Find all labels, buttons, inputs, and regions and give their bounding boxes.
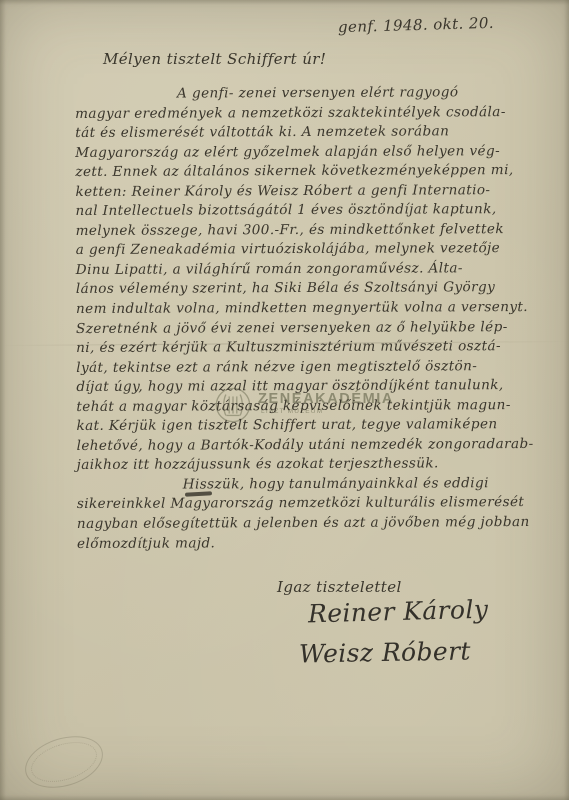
- body-line: díjat úgy, hogy mi azzal itt magyar öszt…: [76, 376, 530, 398]
- body-line: ketten: Reiner Károly és Weisz Róbert a …: [75, 181, 529, 203]
- body-line: lehetővé, hogy a Bartók-Kodály utáni nem…: [77, 435, 531, 457]
- body-line: nagyban elősegítettük a jelenben és azt …: [77, 513, 531, 535]
- letter-page: genf. 1948. okt. 20. Mélyen tisztelt Sch…: [0, 0, 569, 800]
- body-line: nal Intellectuels bizottságától 1 éves ö…: [75, 200, 529, 222]
- body-line: tehát a magyar köztársaság képviselőinek…: [76, 396, 530, 418]
- body-line: a genfi Zeneakadémia virtuóziskolájába, …: [76, 239, 530, 261]
- body-line: zett. Ennek az általános sikernek követk…: [75, 161, 529, 183]
- body-line: Hisszük, hogy tanulmányainkkal és eddigi: [77, 474, 531, 496]
- salutation: Mélyen tisztelt Schiffert úr!: [103, 50, 326, 68]
- body-line: Magyarország az elért győzelmek alapján …: [75, 142, 529, 164]
- body-line: előmozdítjuk majd.: [77, 533, 531, 555]
- embossed-seal: [19, 727, 110, 796]
- body-line: sikereinkkel Magyarország nemzetközi kul…: [77, 493, 531, 515]
- closing-phrase: Igaz tisztelettel: [277, 578, 402, 596]
- body-line: kat. Kérjük igen tisztelt Schiffert urat…: [76, 415, 530, 437]
- body-line: lános vélemény szerint, ha Siki Béla és …: [76, 278, 530, 300]
- body-line: tát és elismerését váltották ki. A nemze…: [75, 122, 529, 144]
- body-line: Dinu Lipatti, a világhírű román zongoram…: [76, 259, 530, 281]
- body-line: Szeretnénk a jövő évi zenei versenyeken …: [76, 318, 530, 340]
- body-line: ni, és ezért kérjük a Kultuszminisztériu…: [76, 337, 530, 359]
- body-line: magyar eredmények a nemzetközi szaktekin…: [75, 103, 529, 125]
- letter-date: genf. 1948. okt. 20.: [338, 14, 494, 36]
- body-line: A genfi- zenei versenyen elért ragyogó: [75, 83, 529, 105]
- body-line: melynek összege, havi 300.-Fr., és mindk…: [76, 220, 530, 242]
- signature-weisz-robert: Weisz Róbert: [299, 637, 471, 669]
- body-line: nem indultak volna, mindketten megnyertü…: [76, 298, 530, 320]
- body-line: lyát, tekintse ezt a ránk nézve igen meg…: [76, 357, 530, 379]
- signature-reiner-karoly: Reiner Károly: [308, 595, 489, 629]
- body-line: jaikhoz itt hozzájussunk és azokat terje…: [77, 454, 531, 476]
- letter-body: A genfi- zenei versenyen elért ragyogó m…: [75, 83, 531, 554]
